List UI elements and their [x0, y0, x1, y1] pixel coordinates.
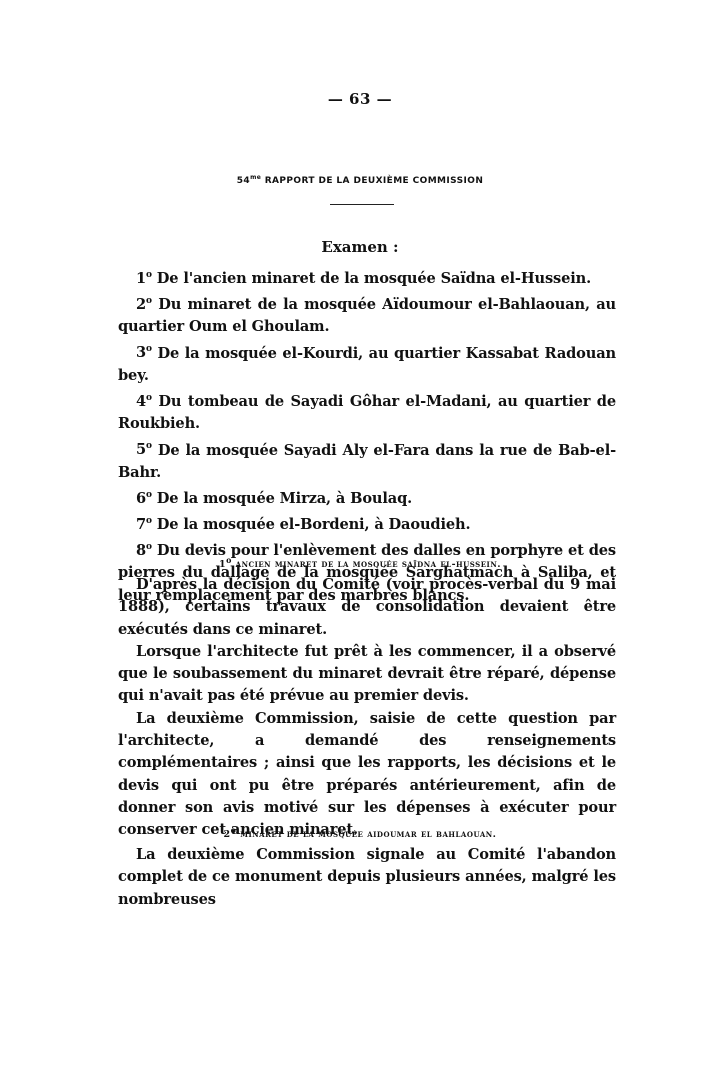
report-title: 54me RAPPORT DE LA DEUXIÈME COMMISSION [0, 174, 720, 186]
examen-item: 4o Du tombeau de Sayadi Gôhar el-Madani,… [118, 387, 616, 435]
paragraph: D'après la décision du Comité (voir proc… [118, 574, 616, 641]
paragraph: Lorsque l'architecte fut prêt à les comm… [118, 641, 616, 708]
section-heading-2: 2o minaret de la mosquée aidoumar el bah… [0, 826, 720, 840]
examen-item: 2o Du minaret de la mosquée Aïdoumour el… [118, 290, 616, 338]
section-heading-1: 1o ancien minaret de la mosquée saïdna e… [0, 556, 720, 570]
report-number: 54 [237, 176, 250, 186]
examen-item: 6o De la mosquée Mirza, à Boulaq. [118, 484, 616, 510]
report-number-suffix: me [250, 174, 261, 181]
examen-item: 7o De la mosquée el-Bordeni, à Daoudieh. [118, 510, 616, 536]
examen-item: 1o De l'ancien minaret de la mosquée Saï… [118, 264, 616, 290]
paragraph: La deuxième Commission, saisie de cette … [118, 708, 616, 842]
paragraph: La deuxième Commission signale au Comité… [118, 844, 616, 911]
examen-item: 3o De la mosquée el-Kourdi, au quartier … [118, 339, 616, 387]
title-rule [330, 204, 394, 205]
section-2-body: La deuxième Commission signale au Comité… [118, 844, 616, 911]
examen-heading: Examen : [0, 238, 720, 256]
page-number: — 63 — [0, 90, 720, 108]
examen-item: 5o De la mosquée Sayadi Aly el-Fara dans… [118, 436, 616, 484]
section-1-body: D'après la décision du Comité (voir proc… [118, 574, 616, 842]
report-title-text: RAPPORT DE LA DEUXIÈME COMMISSION [261, 176, 483, 186]
